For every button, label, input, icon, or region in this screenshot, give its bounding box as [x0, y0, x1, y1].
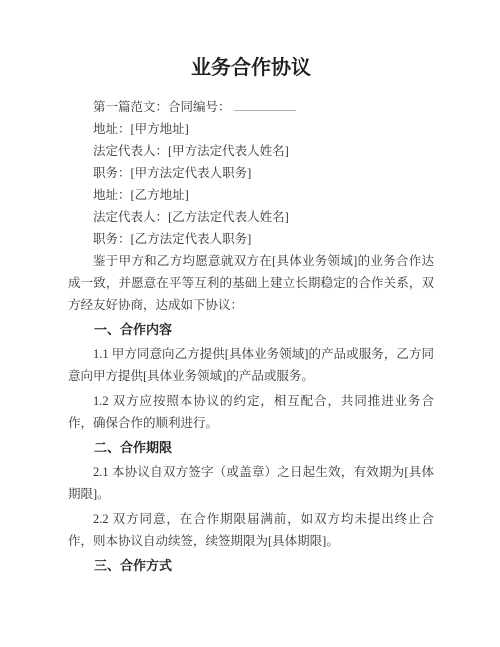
party-field-position-b: 职务：[乙方法定代表人职务] [68, 228, 434, 250]
party-field-representative-a: 法定代表人：[甲方法定代表人姓名] [68, 140, 434, 162]
section-heading-cooperation-method: 三、合作方式 [68, 555, 434, 577]
party-field-address-a: 地址：[甲方地址] [68, 118, 434, 140]
contract-number-blank [234, 97, 296, 111]
party-field-position-a: 职务：[甲方法定代表人职务] [68, 162, 434, 184]
document-page: 业务合作协议 第一篇范文：合同编号： 地址：[甲方地址] 法定代表人：[甲方法定… [0, 0, 500, 647]
document-title: 业务合作协议 [68, 54, 434, 82]
party-field-address-b: 地址：[乙方地址] [68, 184, 434, 206]
intro-line-text: 第一篇范文：合同编号： [93, 100, 231, 114]
preamble-paragraph: 鉴于甲方和乙方均愿意就双方在[具体业务领域]的业务合作达成一致，并愿意在平等互利… [68, 250, 434, 316]
intro-line: 第一篇范文：合同编号： [68, 96, 434, 118]
party-field-representative-b: 法定代表人：[乙方法定代表人姓名] [68, 206, 434, 228]
clause-1-1: 1.1 甲方同意向乙方提供[具体业务领域]的产品或服务，乙方同意向甲方提供[具体… [68, 343, 434, 387]
section-heading-cooperation-content: 一、合作内容 [68, 319, 434, 341]
section-heading-cooperation-term: 二、合作期限 [68, 437, 434, 459]
clause-2-1: 2.1 本协议自双方签字（或盖章）之日起生效，有效期为[具体期限]。 [68, 461, 434, 505]
clause-2-2: 2.2 双方同意，在合作期限届满前，如双方均未提出终止合作，则本协议自动续签，续… [68, 508, 434, 552]
clause-1-2: 1.2 双方应按照本协议的约定，相互配合，共同推进业务合作，确保合作的顺利进行。 [68, 390, 434, 434]
